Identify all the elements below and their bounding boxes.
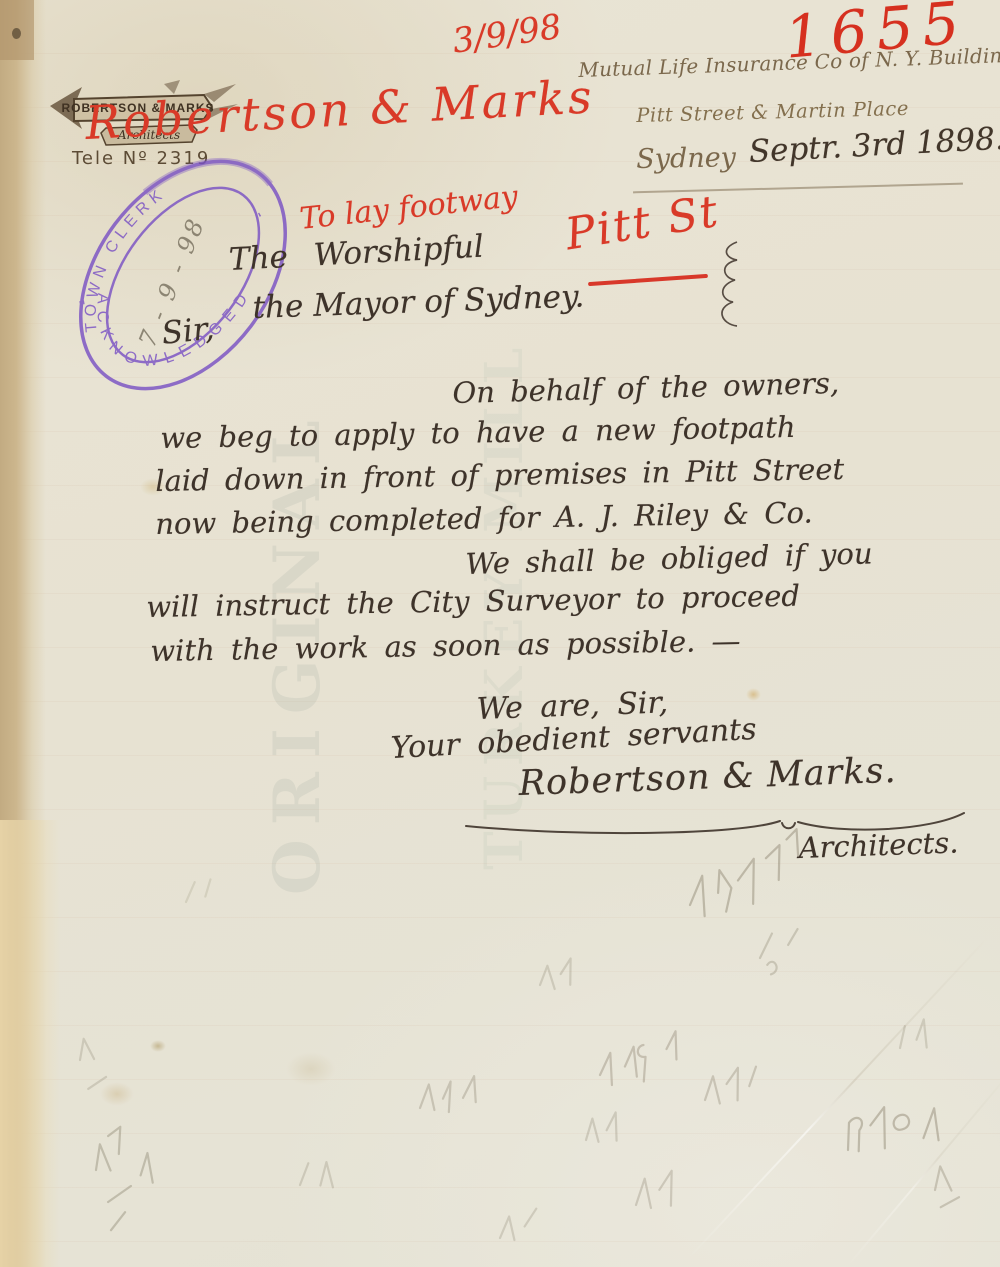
letterhead-city: Sydney: [636, 142, 736, 175]
stamp-quote-right: ": [248, 201, 263, 222]
closing-title: Architects.: [798, 825, 959, 865]
ink-squiggle-bracket: [707, 238, 752, 338]
salutation: Sir,: [160, 311, 216, 352]
letter-page: ORIGINAL TURKEY MILL: [0, 0, 1000, 1267]
